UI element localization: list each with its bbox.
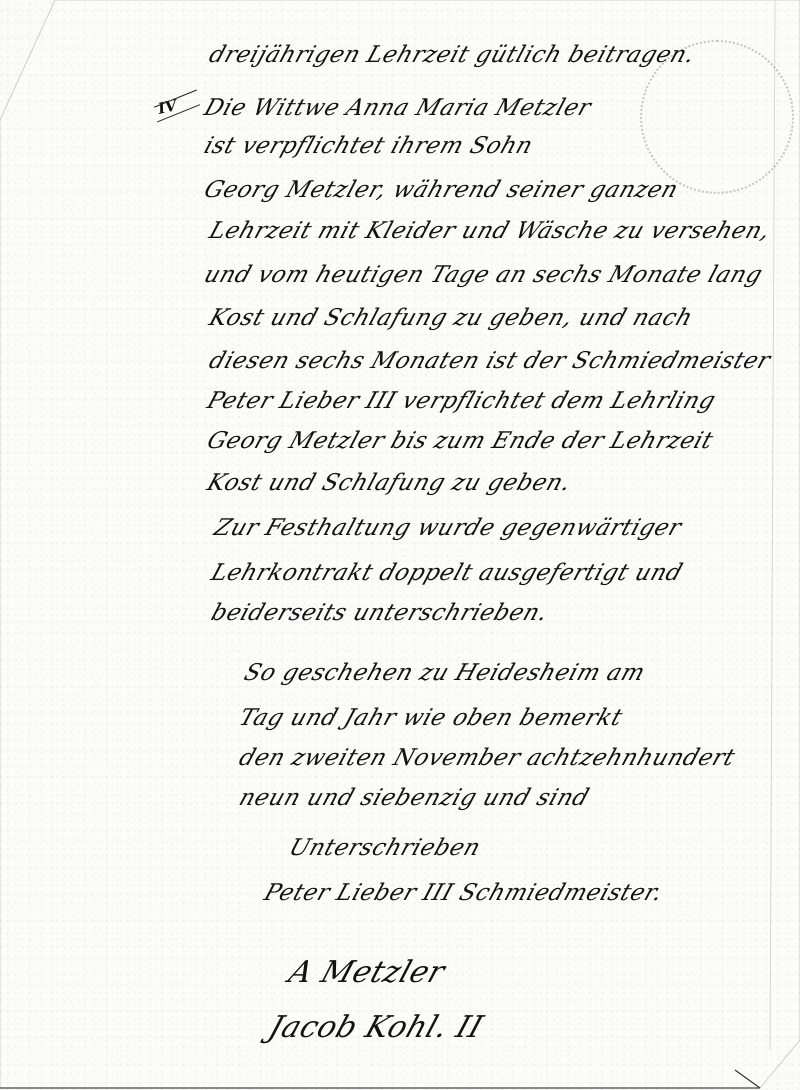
text-line: Tag und Jahr wie oben bemerkt — [236, 705, 626, 731]
signature-line: A Metzler — [284, 955, 449, 990]
text-line: dreijährigen Lehrzeit gütlich beitragen. — [206, 42, 699, 68]
text-line: Georg Metzler, während seiner ganzen — [201, 177, 682, 203]
text-line: neun und siebenzig und sind — [236, 785, 593, 811]
text-line: Kost und Schlafung zu geben, und nach — [206, 305, 696, 331]
text-line: und vom heutigen Tage an sechs Monate la… — [201, 262, 766, 288]
text-line: ist verpflichtet ihrem Sohn — [201, 133, 536, 159]
text-line: Zur Festhaltung wurde gegenwärtiger — [211, 515, 685, 541]
text-line: Kost und Schlafung zu geben. — [204, 470, 575, 496]
signatures-heading: Unterschrieben — [286, 835, 484, 861]
signature-line: Jacob Kohl. II — [264, 1010, 487, 1045]
text-line: Lehrkontrakt doppelt ausgefertigt und — [208, 560, 686, 586]
text-line: diesen sechs Monaten ist der Schmiedmeis… — [206, 348, 774, 374]
text-line: Georg Metzler bis zum Ende der Lehrzeit — [204, 428, 717, 454]
text-line: den zweiten November achtzehnhundert — [236, 745, 739, 771]
text-line: Lehrzeit mit Kleider und Wäsche zu verse… — [206, 218, 774, 244]
signature-line: Peter Lieber III Schmiedmeister. — [261, 880, 666, 906]
text-line: So geschehen zu Heidesheim am — [241, 660, 649, 686]
text-line: beiderseits unterschrieben. — [208, 600, 551, 626]
text-line: Peter Lieber III verpflichtet dem Lehrli… — [204, 388, 719, 414]
section-number-mark: IV — [156, 96, 178, 117]
text-line: Die Wittwe Anna Maria Metzler — [201, 95, 595, 121]
document-page: IV dreijährigen Lehrzeit gütlich beitrag… — [0, 0, 800, 1090]
